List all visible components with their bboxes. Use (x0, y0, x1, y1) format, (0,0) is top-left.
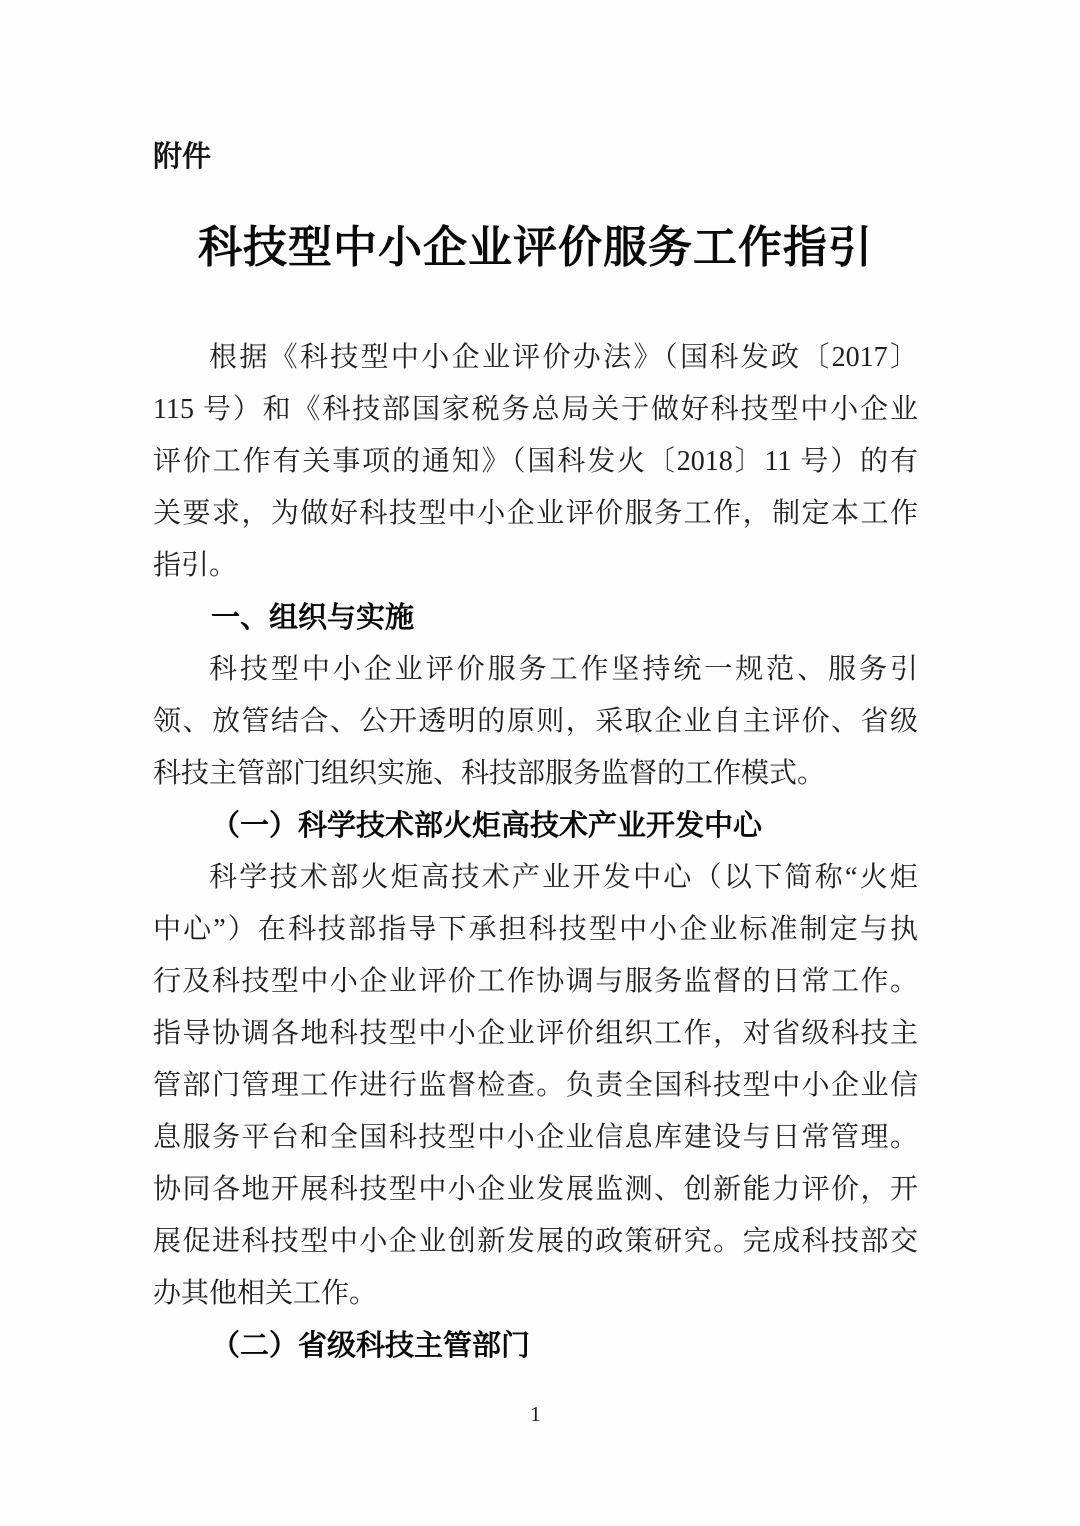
body-line: 办其他相关工作。 (153, 1268, 918, 1320)
body-line: 根据《科技型中小企业评价办法》（国科发政〔2017〕 (153, 332, 918, 384)
body-line: 息服务平台和全国科技型中小企业信息库建设与日常管理。 (153, 1112, 918, 1164)
body-line: 科技型中小企业评价服务工作坚持统一规范、服务引 (153, 644, 918, 696)
document-body: 根据《科技型中小企业评价办法》（国科发政〔2017〕 115 号）和《科技部国家… (153, 332, 918, 1372)
body-line: 指导协调各地科技型中小企业评价组织工作，对省级科技主 (153, 1008, 918, 1060)
attachment-label: 附件 (153, 0, 918, 173)
section-heading: 一、组织与实施 (153, 592, 918, 644)
page-footer: 1 (153, 1401, 918, 1427)
body-line: 中心”）在科技部指导下承担科技型中小企业标准制定与执 (153, 904, 918, 956)
body-line: 指引。 (153, 540, 918, 592)
body-line: 科学技术部火炬高技术产业开发中心（以下简称“火炬 (153, 852, 918, 904)
body-line: 科技主管部门组织实施、科技部服务监督的工作模式。 (153, 748, 918, 800)
document-page: 附件 科技型中小企业评价服务工作指引 根据《科技型中小企业评价办法》（国科发政〔… (0, 0, 1080, 1526)
body-line: 115 号）和《科技部国家税务总局关于做好科技型中小企业 (153, 384, 918, 436)
body-line: 展促进科技型中小企业创新发展的政策研究。完成科技部交 (153, 1216, 918, 1268)
document-title: 科技型中小企业评价服务工作指引 (153, 221, 918, 275)
page-content: 附件 科技型中小企业评价服务工作指引 根据《科技型中小企业评价办法》（国科发政〔… (0, 0, 1080, 1427)
body-line: 行及科技型中小企业评价工作协调与服务监督的日常工作。 (153, 956, 918, 1008)
page-number: 1 (530, 1401, 541, 1427)
body-line: 领、放管结合、公开透明的原则，采取企业自主评价、省级 (153, 696, 918, 748)
body-line: 协同各地开展科技型中小企业发展监测、创新能力评价，开 (153, 1164, 918, 1216)
body-line: 关要求，为做好科技型中小企业评价服务工作，制定本工作 (153, 488, 918, 540)
section-heading: （一）科学技术部火炬高技术产业开发中心 (153, 800, 918, 852)
section-heading: （二）省级科技主管部门 (153, 1320, 918, 1372)
body-line: 管部门管理工作进行监督检查。负责全国科技型中小企业信 (153, 1060, 918, 1112)
body-line: 评价工作有关事项的通知》（国科发火〔2018〕11 号）的有 (153, 436, 918, 488)
